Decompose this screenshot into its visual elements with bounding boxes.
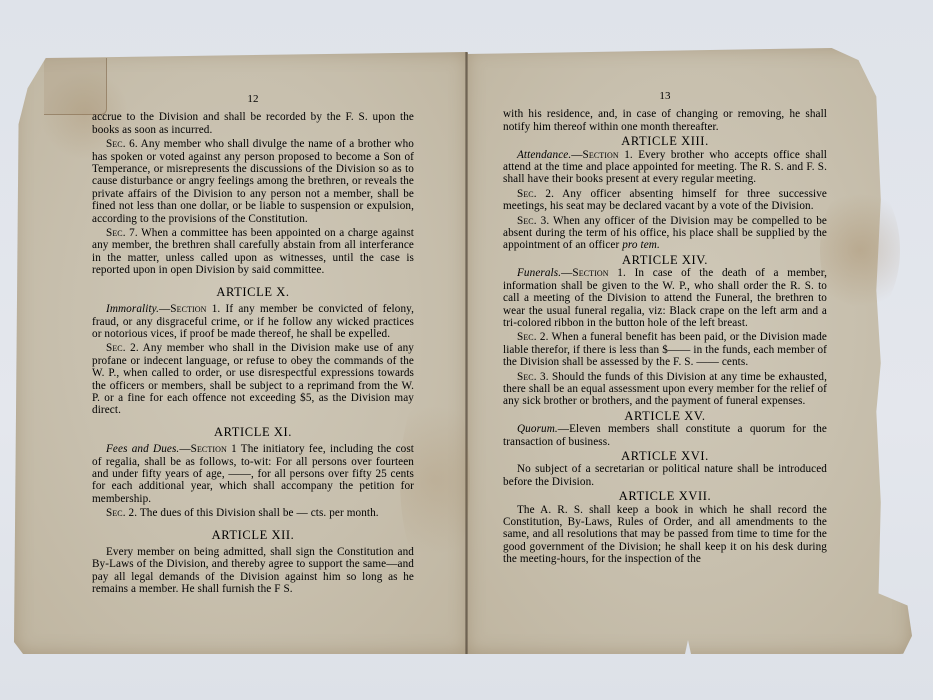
section-text: Any member who shall in the Division mak… bbox=[92, 342, 414, 416]
section-paragraph: Fees and Dues.—Section 1 The initiatory … bbox=[92, 443, 414, 505]
right-page-body: with his residence, and, in case of chan… bbox=[503, 108, 827, 565]
left-page-body: accrue to the Division and shall be reco… bbox=[92, 111, 414, 595]
section-label: Sec. 2. bbox=[517, 331, 548, 343]
section-label: Sec. 6. bbox=[106, 138, 138, 150]
article-heading: ARTICLE XI. bbox=[92, 426, 414, 438]
section-label: Sec. 2. bbox=[106, 342, 139, 354]
article-heading: ARTICLE XV. bbox=[503, 410, 827, 422]
section-paragraph: Sec. 7. When a committee has been appoin… bbox=[92, 227, 414, 277]
section-text: Should the funds of this Division at any… bbox=[503, 371, 827, 408]
section-paragraph: Sec. 3. When any officer of the Division… bbox=[503, 215, 827, 252]
section-label: —Section 1. bbox=[561, 267, 626, 279]
article-heading: ARTICLE XVII. bbox=[503, 490, 827, 502]
article-heading: ARTICLE XII. bbox=[92, 529, 414, 541]
water-stain bbox=[820, 180, 900, 320]
section-text: The dues of this Division shall be — cts… bbox=[137, 507, 379, 519]
section-paragraph: Funerals.—Section 1. In case of the deat… bbox=[503, 267, 827, 329]
section-paragraph: Sec. 2. When a funeral benefit has been … bbox=[503, 331, 827, 368]
section-title: Funerals. bbox=[517, 267, 561, 279]
page-number: 13 bbox=[503, 90, 827, 102]
right-page-text: 13 with his residence, and, in case of c… bbox=[503, 90, 827, 568]
section-paragraph: Every member on being admitted, shall si… bbox=[92, 546, 414, 596]
section-paragraph: The A. R. S. shall keep a book in which … bbox=[503, 504, 827, 566]
section-label: —Section 1 bbox=[179, 443, 236, 455]
page-number: 12 bbox=[92, 93, 414, 105]
section-title: Attendance. bbox=[517, 149, 571, 161]
section-paragraph: Immorality.—Section 1. If any member be … bbox=[92, 303, 414, 340]
section-paragraph: Sec. 2. Any member who shall in the Divi… bbox=[92, 342, 414, 416]
section-paragraph: No subject of a secretarian or political… bbox=[503, 463, 827, 488]
section-paragraph: Sec. 3. Should the funds of this Divisio… bbox=[503, 371, 827, 408]
section-text: When a committee has been appointed on a… bbox=[92, 227, 414, 276]
section-text: accrue to the Division and shall be reco… bbox=[92, 111, 414, 135]
article-heading: ARTICLE XIV. bbox=[503, 254, 827, 266]
book-gutter bbox=[465, 52, 468, 654]
section-label: Sec. 2. bbox=[106, 507, 137, 519]
section-paragraph: Sec. 2. The dues of this Division shall … bbox=[92, 507, 414, 519]
section-label: Sec. 7. bbox=[106, 227, 138, 239]
article-heading: ARTICLE XIII. bbox=[503, 135, 827, 147]
left-page-text: 12 accrue to the Division and shall be r… bbox=[92, 93, 414, 598]
section-title: Fees and Dues. bbox=[106, 443, 179, 455]
italic-phrase: pro tem. bbox=[622, 239, 660, 251]
section-paragraph: Attendance.—Section 1. Every brother who… bbox=[503, 149, 827, 186]
section-label: Sec. 2. bbox=[517, 188, 554, 200]
article-heading: ARTICLE XVI. bbox=[503, 450, 827, 462]
section-text: When any officer of the Division may be … bbox=[503, 215, 827, 252]
section-text: Any member who shall divulge the name of… bbox=[92, 138, 414, 224]
section-paragraph: Sec. 6. Any member who shall divulge the… bbox=[92, 138, 414, 225]
section-title: Immorality. bbox=[106, 303, 159, 315]
section-label: —Section 1. bbox=[571, 149, 633, 161]
section-text: Every member on being admitted, shall si… bbox=[92, 546, 414, 595]
section-title: Quorum. bbox=[517, 423, 558, 435]
section-paragraph: with his residence, and, in case of chan… bbox=[503, 108, 827, 133]
section-label: Sec. 3. bbox=[517, 215, 549, 227]
section-label: Sec. 3. bbox=[517, 371, 549, 383]
section-text: No subject of a secretarian or political… bbox=[503, 463, 827, 487]
section-label: —Section 1. bbox=[159, 303, 220, 315]
section-text: When a funeral benefit has been paid, or… bbox=[503, 331, 827, 368]
section-paragraph: Quorum.—Eleven members shall constitute … bbox=[503, 423, 827, 448]
article-heading: ARTICLE X. bbox=[92, 286, 414, 298]
section-paragraph: accrue to the Division and shall be reco… bbox=[92, 111, 414, 136]
section-text: The A. R. S. shall keep a book in which … bbox=[503, 504, 827, 566]
section-paragraph: Sec. 2. Any officer absenting himself fo… bbox=[503, 188, 827, 213]
section-text: with his residence, and, in case of chan… bbox=[503, 108, 827, 132]
